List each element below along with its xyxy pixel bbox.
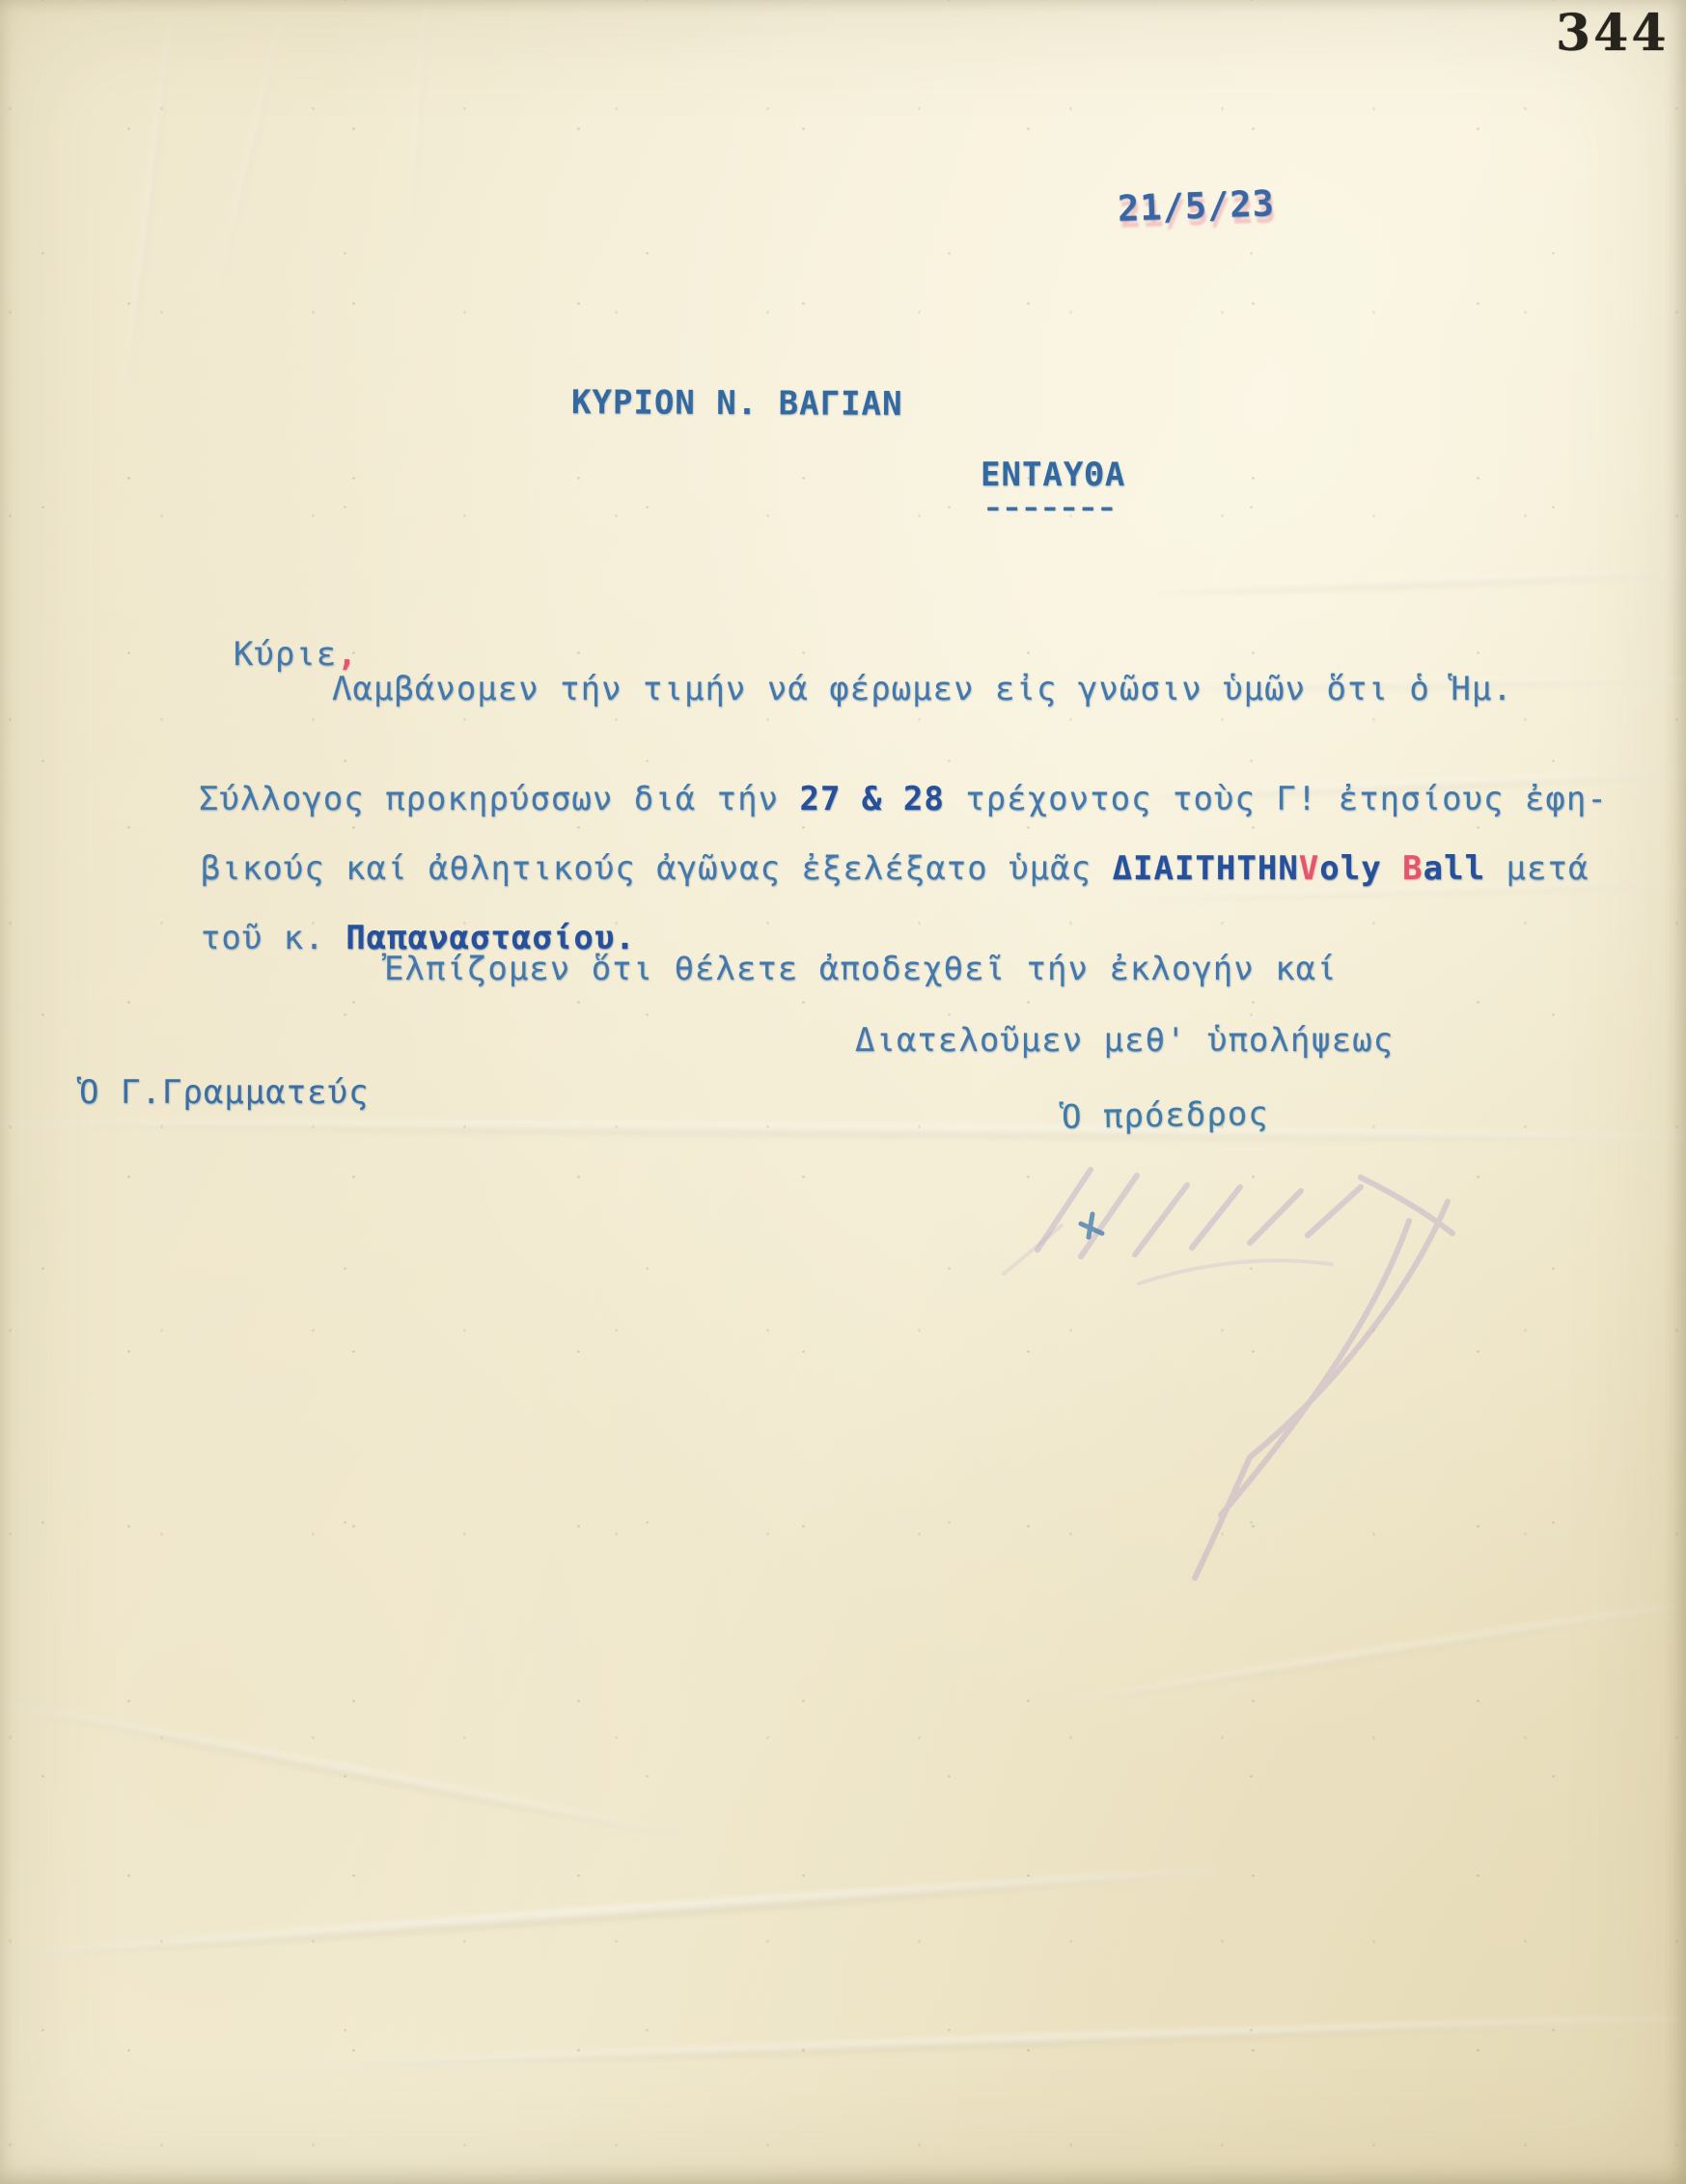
paper-crease xyxy=(1148,569,1679,596)
folio-number: 344 xyxy=(1556,4,1670,63)
paper-crease xyxy=(210,4,288,316)
paper-crease xyxy=(406,0,429,251)
secretary-title: Ὁ Γ.Γραμματεύς xyxy=(79,1073,370,1112)
recipient-line: ΚΥΡΙΟΝ Ν. ΒΑΓΙΑΝ xyxy=(571,383,903,424)
president-handwritten-signature xyxy=(946,1110,1506,1612)
paper-crease xyxy=(120,11,176,414)
ink-mark xyxy=(1081,1214,1102,1237)
paper-crease xyxy=(6,1700,690,1842)
referee-role: ΔΙΑΙΤΗΤΗΝ xyxy=(1113,849,1299,888)
sport-name: all xyxy=(1423,849,1485,888)
body-line-5: Ἐλπίζομεν ὅτι θέλετε ἀποδεχθεῖ τήν ἐκλογ… xyxy=(384,950,1338,988)
sport-name: oly xyxy=(1319,849,1402,888)
body-line-3-text: μετά xyxy=(1485,849,1589,888)
scanned-letter-page: 344 21/5/23 ΚΥΡΙΟΝ Ν. ΒΑΓΙΑΝ ΕΝΤΑΥΘΑ ---… xyxy=(0,0,1686,2184)
paper-crease xyxy=(20,1864,1225,1961)
salutation-line: Κύριε, xyxy=(151,596,358,712)
president-title: Ὁ πρόεδρος xyxy=(1062,1094,1269,1137)
paper-crease xyxy=(0,1117,1686,1144)
letter-date: 21/5/23 xyxy=(1117,182,1275,230)
salutation-word: Κύριε xyxy=(234,635,337,674)
sport-initial-b: B xyxy=(1402,849,1423,888)
paper-crease xyxy=(1055,1601,1676,1709)
closing-line: Διατελοῦμεν μεθ' ὑπολήψεως xyxy=(855,1021,1394,1060)
body-line-4-text: τοῦ κ. xyxy=(201,919,345,957)
salutation-comma: , xyxy=(337,635,357,674)
location-underline: ------- xyxy=(982,494,1116,522)
body-line-1: Λαμβάνομεν τήν τιμήν νά φέρωμεν εἰς γνῶσ… xyxy=(332,670,1513,708)
sport-initial-v: V xyxy=(1299,849,1319,888)
paper-crease xyxy=(309,2012,1679,2072)
location-line: ΕΝΤΑΥΘΑ xyxy=(981,456,1125,494)
